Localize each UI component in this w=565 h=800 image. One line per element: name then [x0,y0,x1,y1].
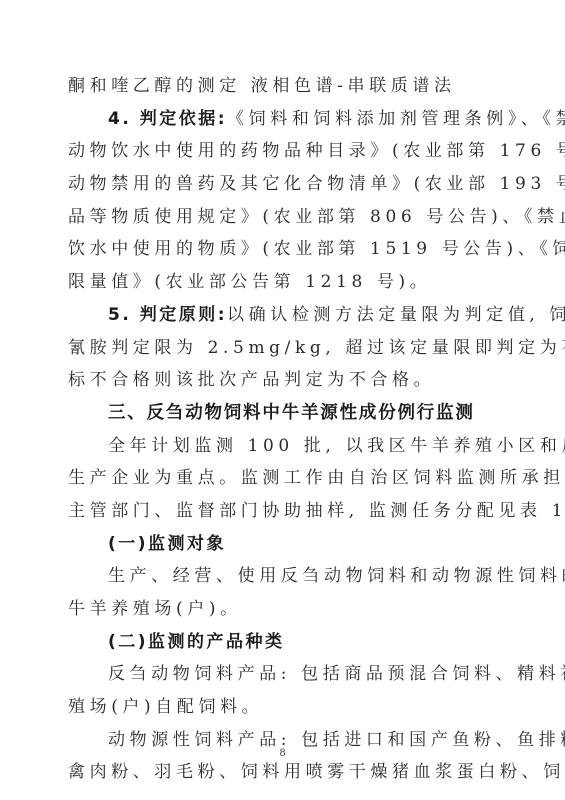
line-text: 氰胺判定限为 2.5mg/kg, 超过该定量限即判定为不合格, 一项指 [68,338,565,358]
paragraph-line: 反刍动物饲料产品: 包括商品预混合饲料、精料补充料和养 [68,658,500,691]
section-title: 三、反刍动物饲料中牛羊源性成份例行监测 [108,403,475,423]
line-text: 主管部门、监督部门协助抽样, 监测任务分配见表 1。 [68,501,565,521]
criteria-basis-line: 4. 判定依据:《饲料和饲料添加剂管理条例》、《禁止在饲料和 [68,103,500,136]
subsection-title: (一)监测对象 [108,534,226,554]
line-text: 动物禁用的兽药及其它化合物清单》(农业部 193 号公告)、《投入 [68,174,565,194]
line-text: 全年计划监测 100 批, 以我区牛羊养殖小区和反刍动物饲料 [108,436,565,456]
page-number: 8 [0,748,565,759]
paragraph-line: 氰胺判定限为 2.5mg/kg, 超过该定量限即判定为不合格, 一项指 [68,332,500,365]
paragraph-line: 限量值》(农业部公告第 1218 号)。 [68,266,500,299]
paragraph-line: 牛羊养殖场(户)。 [68,593,500,626]
paragraph-line: 品等物质使用规定》(农业部第 806 号公告)、《禁止在饲料和动物 [68,201,500,234]
paragraph-line: 禽肉粉、羽毛粉、饲料用喷雾干燥猪血浆蛋白粉、饲料用喷雾干 [68,756,500,789]
line-text: 饮水中使用的物质》(农业部第 1519 号公告)、《饲料中三聚氰胺 [68,239,565,259]
line-text: 以确认检测方法定量限为判定值, 饲料中三聚 [227,305,565,325]
document-page: 酮和喹乙醇的测定 液相色谱-串联质谱法 4. 判定依据:《饲料和饲料添加剂管理条… [0,0,565,800]
subsection-heading: (二)监测的产品种类 [68,626,500,659]
line-text: 生产企业为重点。监测工作由自治区饲料监测所承担, 各市行政 [68,468,565,488]
paragraph-line: 殖场(户)自配饲料。 [68,691,500,724]
page-body: 酮和喹乙醇的测定 液相色谱-串联质谱法 4. 判定依据:《饲料和饲料添加剂管理条… [68,70,500,789]
subsection-heading: (一)监测对象 [68,528,500,561]
line-text: 禽肉粉、羽毛粉、饲料用喷雾干燥猪血浆蛋白粉、饲料用喷雾干 [68,762,565,782]
line-text: 品等物质使用规定》(农业部第 806 号公告)、《禁止在饲料和动物 [68,207,565,227]
line-text: 动物饮水中使用的药物品种目录》(农业部第 176 号公告)、《食品 [68,141,565,161]
paragraph-line: 动物禁用的兽药及其它化合物清单》(农业部 193 号公告)、《投入 [68,168,500,201]
line-text: 《饲料和饲料添加剂管理条例》、《禁止在饲料和 [227,109,565,129]
line-text: 限量值》(农业部公告第 1218 号)。 [68,272,431,292]
line-text: 殖场(户)自配饲料。 [68,697,263,717]
paragraph-line: 动物饮水中使用的药物品种目录》(农业部第 176 号公告)、《食品 [68,135,500,168]
line-text: 酮和喹乙醇的测定 液相色谱-串联质谱法 [68,76,456,96]
paragraph-line: 主管部门、监督部门协助抽样, 监测任务分配见表 1。 [68,495,500,528]
paragraph-line: 生产企业为重点。监测工作由自治区饲料监测所承担, 各市行政 [68,462,500,495]
paragraph-line: 酮和喹乙醇的测定 液相色谱-串联质谱法 [68,70,500,103]
paragraph-line: 全年计划监测 100 批, 以我区牛羊养殖小区和反刍动物饲料 [68,430,500,463]
criteria-basis-label: 4. 判定依据: [108,109,227,129]
criteria-principle-label: 5. 判定原则: [108,305,227,325]
subsection-title: (二)监测的产品种类 [108,632,285,652]
section-heading: 三、反刍动物饲料中牛羊源性成份例行监测 [68,397,500,430]
paragraph-line: 标不合格则该批次产品判定为不合格。 [68,364,500,397]
paragraph-line: 饮水中使用的物质》(农业部第 1519 号公告)、《饲料中三聚氰胺 [68,233,500,266]
line-text: 动物源性饲料产品: 包括进口和国产鱼粉、鱼排粉、猪肉粉、 [108,730,565,750]
paragraph-line: 生产、经营、使用反刍动物饲料和动物源性饲料的企业以及 [68,560,500,593]
criteria-principle-line: 5. 判定原则:以确认检测方法定量限为判定值, 饲料中三聚 [68,299,500,332]
line-text: 牛羊养殖场(户)。 [68,599,242,619]
line-text: 标不合格则该批次产品判定为不合格。 [68,370,435,390]
line-text: 反刍动物饲料产品: 包括商品预混合饲料、精料补充料和养 [108,664,565,684]
line-text: 生产、经营、使用反刍动物饲料和动物源性饲料的企业以及 [108,566,565,586]
